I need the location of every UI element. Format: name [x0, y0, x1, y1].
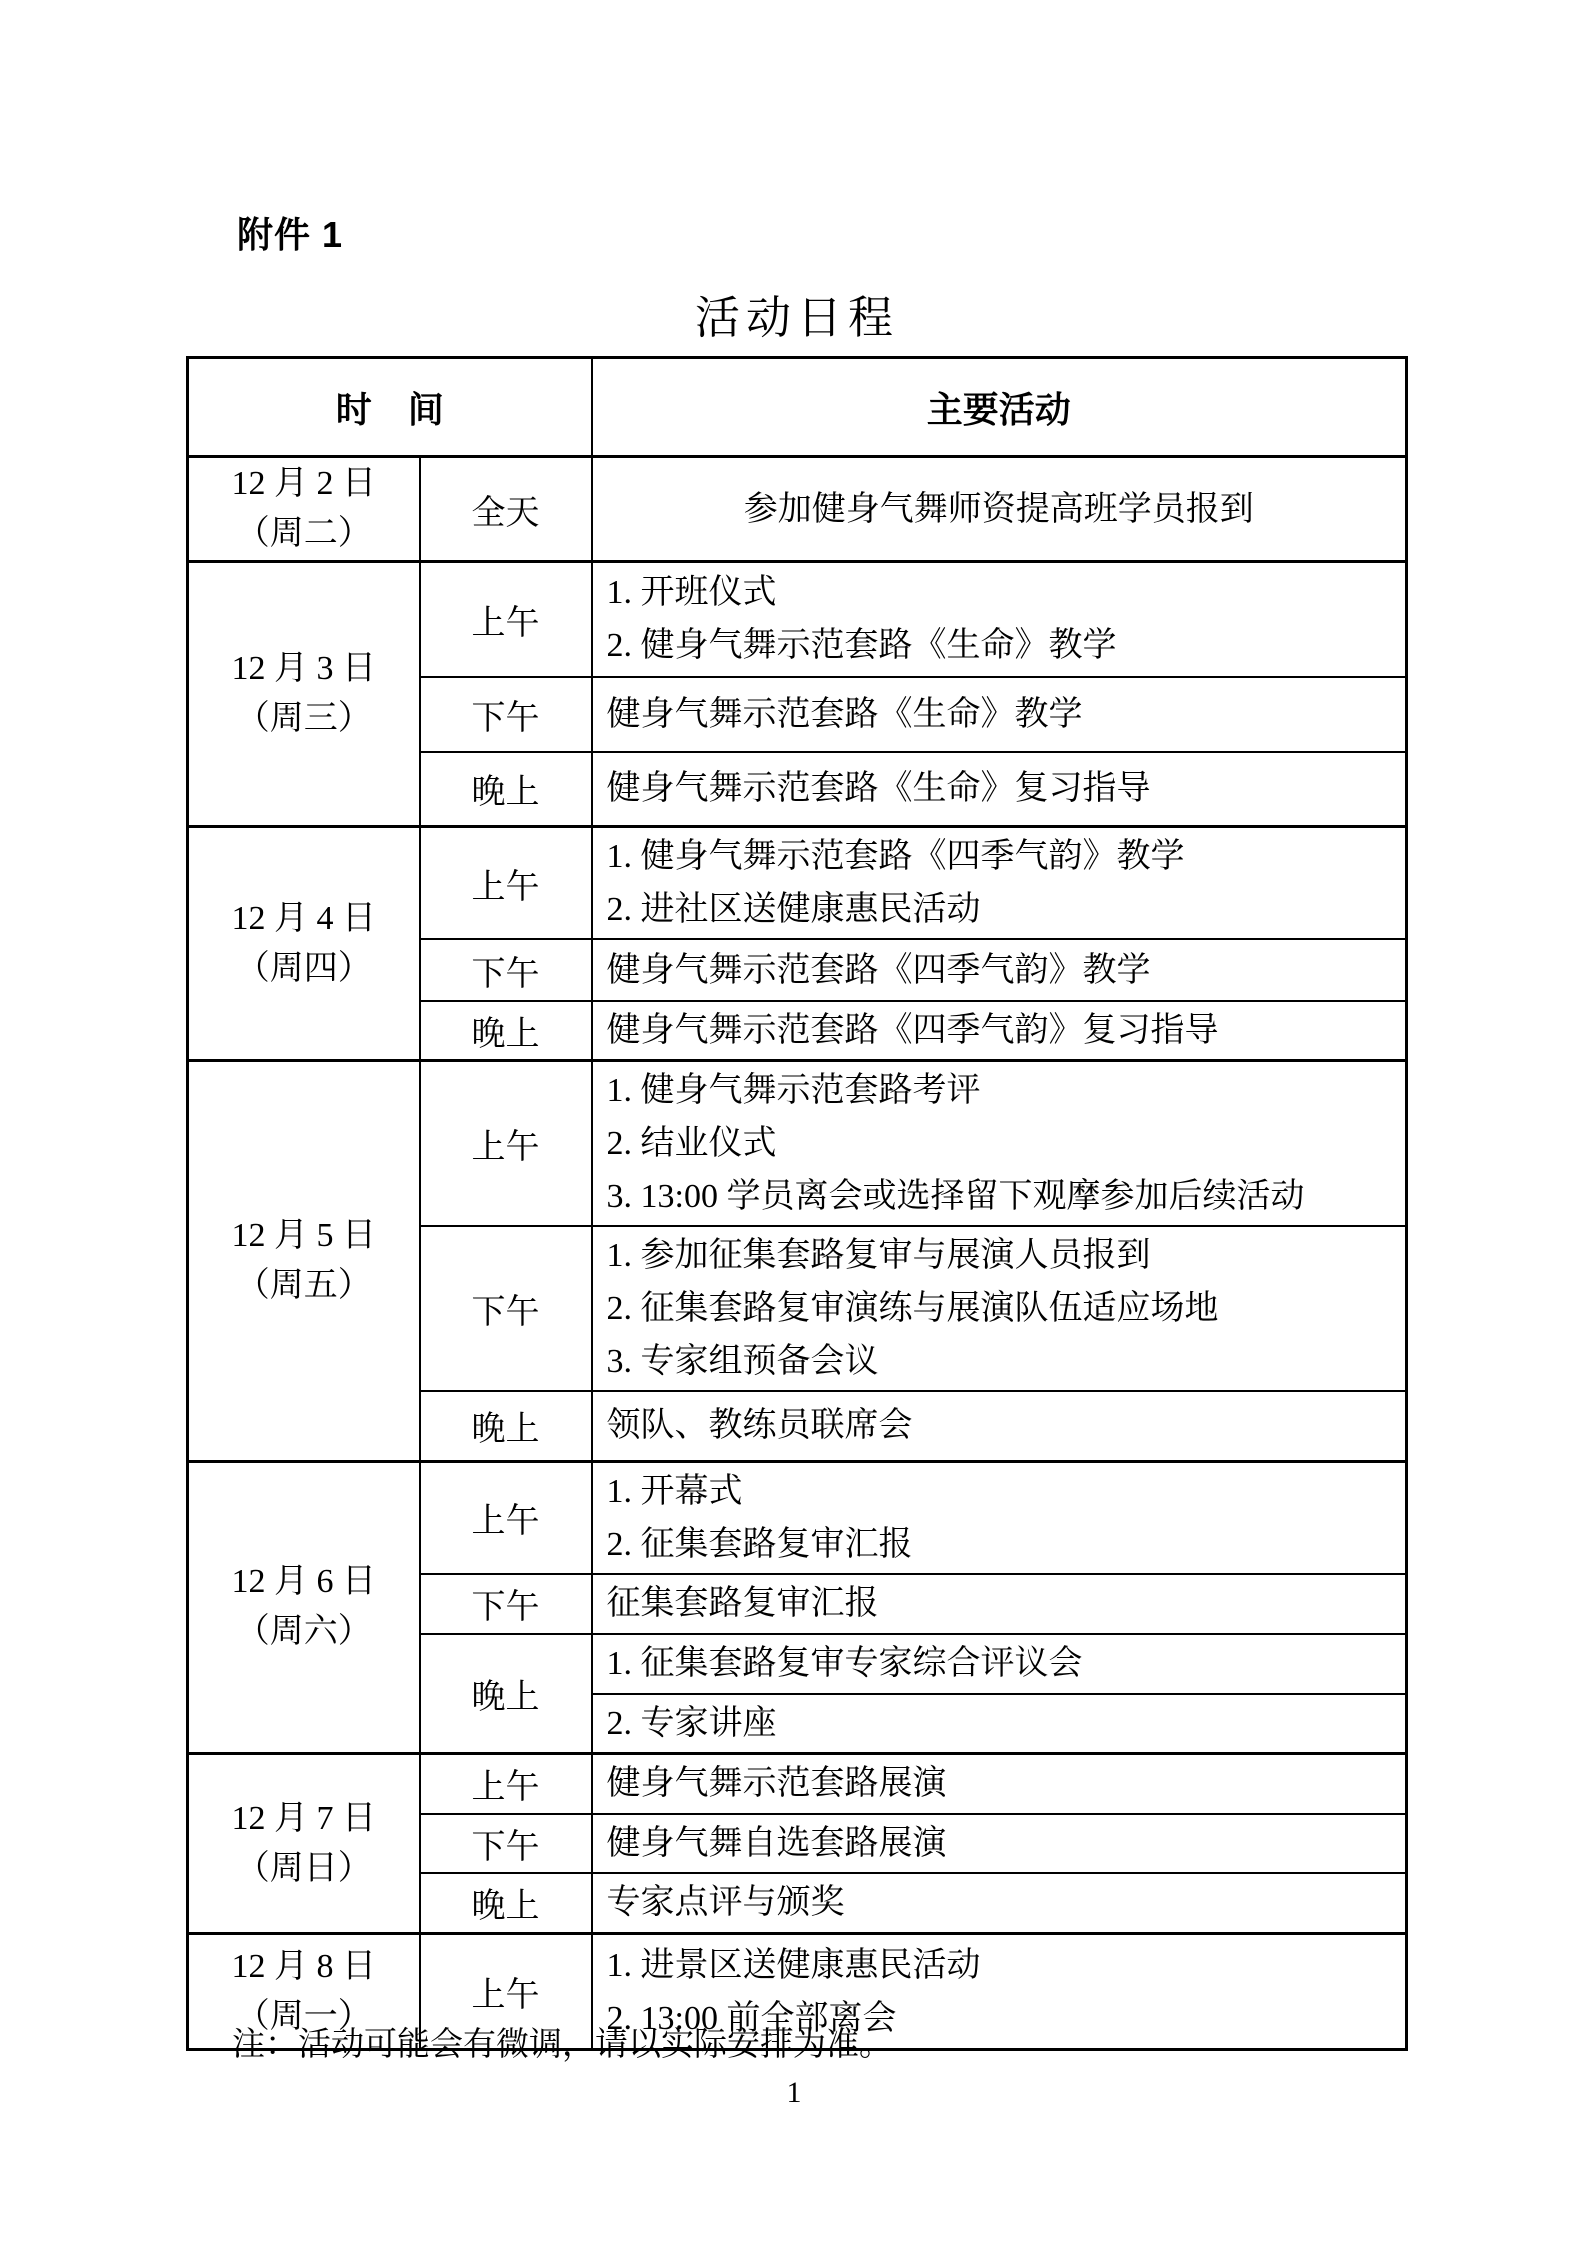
date-text: 12 月 5 日 — [190, 1211, 418, 1261]
period-cell: 下午 — [420, 939, 592, 1001]
activity-cell: 1. 开班仪式2. 健身气舞示范套路《生命》教学 — [592, 562, 1407, 677]
document-page: { "page": { "attachment_label": "附件 1", … — [0, 0, 1588, 2245]
activity-cell: 2. 专家讲座 — [592, 1694, 1407, 1754]
activity-text: 1. 征集套路复审专家综合评议会 — [607, 1637, 1398, 1690]
period-cell: 上午 — [420, 827, 592, 940]
date-cell: 12 月 3 日（周三） — [188, 562, 420, 827]
activity-text: 专家点评与颁奖 — [607, 1876, 1398, 1929]
activity-cell: 1. 开幕式2. 征集套路复审汇报 — [592, 1461, 1407, 1574]
activity-text: 1. 健身气舞示范套路考评 — [607, 1064, 1398, 1117]
weekday-text: （周二） — [190, 509, 418, 559]
activity-cell: 1. 参加征集套路复审与展演人员报到2. 征集套路复审演练与展演队伍适应场地3.… — [592, 1226, 1407, 1391]
activity-text: 健身气舞示范套路展演 — [607, 1757, 1398, 1810]
activity-cell: 专家点评与颁奖 — [592, 1873, 1407, 1934]
activity-text: 参加健身气舞师资提高班学员报到 — [593, 483, 1406, 536]
date-text: 12 月 7 日 — [190, 1794, 418, 1844]
activity-text: 1. 参加征集套路复审与展演人员报到 — [607, 1229, 1398, 1282]
period-cell: 下午 — [420, 1574, 592, 1634]
activity-cell: 健身气舞示范套路《四季气韵》教学 — [592, 939, 1407, 1001]
activity-cell: 健身气舞示范套路《四季气韵》复习指导 — [592, 1001, 1407, 1061]
activity-text: 1. 开班仪式 — [607, 566, 1398, 619]
weekday-text: （周六） — [190, 1607, 418, 1657]
schedule-row: 12 月 2 日（周二）全天参加健身气舞师资提高班学员报到 — [188, 457, 1407, 562]
activity-text: 健身气舞示范套路《四季气韵》复习指导 — [607, 1004, 1398, 1057]
date-text: 12 月 4 日 — [190, 894, 418, 944]
period-cell: 下午 — [420, 1814, 592, 1873]
activity-text: 2. 健身气舞示范套路《生命》教学 — [607, 619, 1398, 672]
period-cell: 上午 — [420, 562, 592, 677]
activity-text: 征集套路复审汇报 — [607, 1577, 1398, 1630]
activity-text: 领队、教练员联席会 — [607, 1399, 1398, 1452]
schedule-row: 12 月 7 日（周日）上午健身气舞示范套路展演 — [188, 1754, 1407, 1814]
activity-cell: 1. 健身气舞示范套路考评2. 结业仪式3. 13:00 学员离会或选择留下观摩… — [592, 1061, 1407, 1227]
activity-text: 2. 进社区送健康惠民活动 — [607, 883, 1398, 936]
schedule-table-header: 时 间 主要活动 — [188, 358, 1407, 457]
weekday-text: （周五） — [190, 1261, 418, 1311]
activity-text: 健身气舞示范套路《生命》教学 — [607, 688, 1398, 741]
activity-text: 1. 健身气舞示范套路《四季气韵》教学 — [607, 830, 1398, 883]
activity-cell: 健身气舞示范套路《生命》教学 — [592, 677, 1407, 752]
activity-text: 2. 专家讲座 — [607, 1697, 1398, 1750]
date-cell: 12 月 7 日（周日） — [188, 1754, 420, 1934]
activity-cell: 健身气舞示范套路展演 — [592, 1754, 1407, 1814]
date-cell: 12 月 5 日（周五） — [188, 1061, 420, 1462]
period-cell: 晚上 — [420, 1001, 592, 1061]
time-column-header: 时 间 — [188, 358, 592, 457]
activity-cell: 1. 健身气舞示范套路《四季气韵》教学2. 进社区送健康惠民活动 — [592, 827, 1407, 940]
activity-cell: 领队、教练员联席会 — [592, 1391, 1407, 1461]
activity-text: 3. 13:00 学员离会或选择留下观摩参加后续活动 — [607, 1170, 1398, 1223]
schedule-table-body: 12 月 2 日（周二）全天参加健身气舞师资提高班学员报到12 月 3 日（周三… — [188, 457, 1407, 2050]
schedule-row: 12 月 3 日（周三）上午1. 开班仪式2. 健身气舞示范套路《生命》教学 — [188, 562, 1407, 677]
period-cell: 下午 — [420, 677, 592, 752]
activity-text: 2. 征集套路复审演练与展演队伍适应场地 — [607, 1282, 1398, 1335]
header-row: 时 间 主要活动 — [188, 358, 1407, 457]
date-text: 12 月 8 日 — [190, 1942, 418, 1992]
activity-cell: 健身气舞自选套路展演 — [592, 1814, 1407, 1873]
schedule-row: 12 月 6 日（周六）上午1. 开幕式2. 征集套路复审汇报 — [188, 1461, 1407, 1574]
activity-text: 健身气舞示范套路《四季气韵》教学 — [607, 944, 1398, 997]
schedule-row: 12 月 4 日（周四）上午1. 健身气舞示范套路《四季气韵》教学2. 进社区送… — [188, 827, 1407, 940]
period-cell: 上午 — [420, 1754, 592, 1814]
date-cell: 12 月 4 日（周四） — [188, 827, 420, 1061]
activity-text: 2. 结业仪式 — [607, 1117, 1398, 1170]
activity-text: 3. 专家组预备会议 — [607, 1335, 1398, 1388]
period-cell: 上午 — [420, 1461, 592, 1574]
period-cell: 上午 — [420, 1061, 592, 1227]
activity-text: 健身气舞自选套路展演 — [607, 1817, 1398, 1870]
schedule-table: 时 间 主要活动 12 月 2 日（周二）全天参加健身气舞师资提高班学员报到12… — [186, 356, 1408, 2051]
date-text: 12 月 6 日 — [190, 1557, 418, 1607]
period-cell: 晚上 — [420, 1634, 592, 1754]
date-cell: 12 月 6 日（周六） — [188, 1461, 420, 1754]
date-cell: 12 月 2 日（周二） — [188, 457, 420, 562]
page-title: 活动日程 — [0, 281, 1588, 346]
date-text: 12 月 3 日 — [190, 644, 418, 694]
period-cell: 下午 — [420, 1226, 592, 1391]
activity-cell: 参加健身气舞师资提高班学员报到 — [592, 457, 1407, 562]
period-cell: 晚上 — [420, 1873, 592, 1934]
weekday-text: （周四） — [190, 944, 418, 994]
schedule-row: 12 月 5 日（周五）上午1. 健身气舞示范套路考评2. 结业仪式3. 13:… — [188, 1061, 1407, 1227]
weekday-text: （周三） — [190, 694, 418, 744]
period-cell: 晚上 — [420, 752, 592, 827]
activity-column-header: 主要活动 — [592, 358, 1407, 457]
activity-text: 1. 开幕式 — [607, 1465, 1398, 1518]
weekday-text: （周日） — [190, 1844, 418, 1894]
activity-cell: 1. 征集套路复审专家综合评议会 — [592, 1634, 1407, 1694]
activity-text: 1. 进景区送健康惠民活动 — [607, 1939, 1398, 1992]
activity-cell: 征集套路复审汇报 — [592, 1574, 1407, 1634]
attachment-label: 附件 1 — [237, 207, 343, 258]
footnote: 注：活动可能会有微调，请以实际安排为准。 — [232, 2018, 892, 2065]
activity-cell: 健身气舞示范套路《生命》复习指导 — [592, 752, 1407, 827]
period-cell: 晚上 — [420, 1391, 592, 1461]
page-number: 1 — [0, 2076, 1588, 2110]
period-cell: 全天 — [420, 457, 592, 562]
activity-text: 健身气舞示范套路《生命》复习指导 — [607, 762, 1398, 815]
activity-text: 2. 征集套路复审汇报 — [607, 1518, 1398, 1571]
date-text: 12 月 2 日 — [190, 459, 418, 509]
